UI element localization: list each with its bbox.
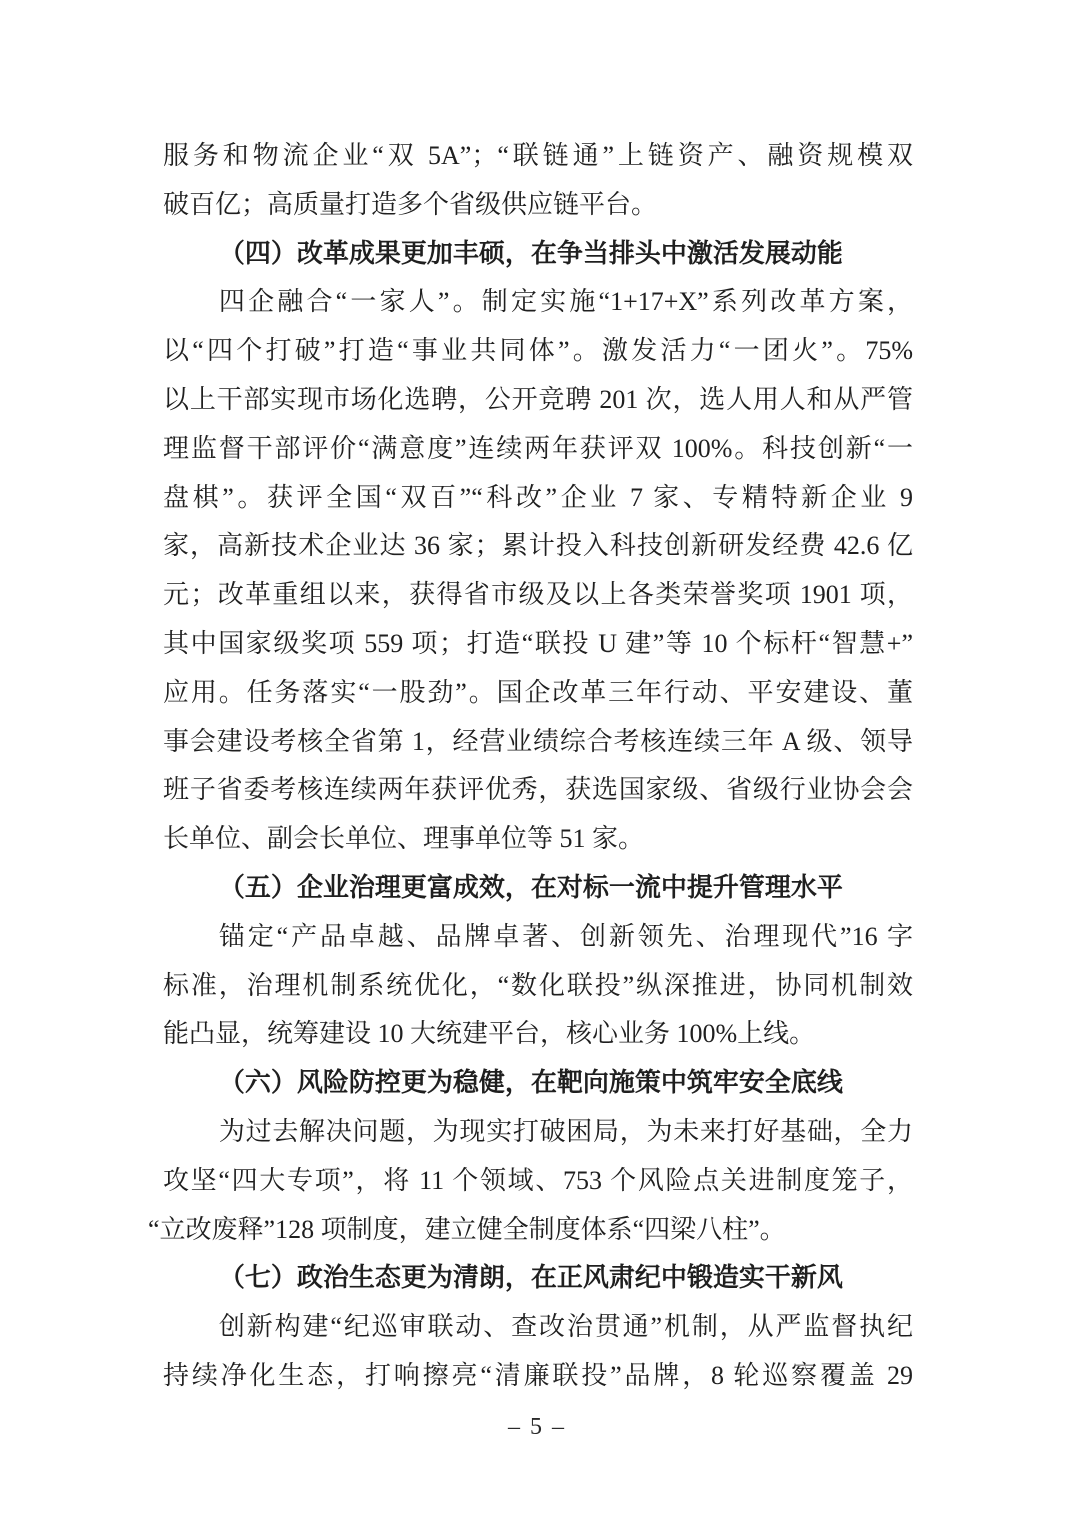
body-text-line: 锚定“产品卓越、品牌卓著、创新领先、治理现代”16 字 — [163, 913, 913, 962]
body-text-line: “立改废释”128 项制度，建立健全制度体系“四梁八柱”。 — [148, 1206, 913, 1255]
body-text-line: 破百亿；高质量打造多个省级供应链平台。 — [163, 181, 913, 230]
section-heading: （六）风险防控更为稳健，在靶向施策中筑牢安全底线 — [163, 1059, 913, 1108]
section-heading: （四）改革成果更加丰硕，在争当排头中激活发展动能 — [163, 230, 913, 279]
body-text-line: 长单位、副会长单位、理事单位等 51 家。 — [163, 815, 913, 864]
body-text-line: 事会建设考核全省第 1，经营业绩综合考核连续三年 A 级、领导 — [163, 718, 913, 767]
body-text-line: 能凸显，统筹建设 10 大统建平台，核心业务 100%上线。 — [163, 1010, 913, 1059]
page-number: – 5 – — [0, 1410, 1074, 1444]
body-text-line: 班子省委考核连续两年获评优秀，获选国家级、省级行业协会会 — [163, 766, 913, 815]
body-text-line: 元；改革重组以来，获得省市级及以上各类荣誉奖项 1901 项， — [163, 571, 913, 620]
body-text-line: 标准，治理机制系统优化，“数化联投”纵深推进，协同机制效 — [163, 962, 913, 1011]
body-text-line: 为过去解决问题，为现实打破困局，为未来打好基础，全力 — [163, 1108, 913, 1157]
body-text-line: 创新构建“纪巡审联动、查改治贯通”机制，从严监督执纪 — [163, 1303, 913, 1352]
document-body: 服务和物流企业“双 5A”；“联链通”上链资产、融资规模双破百亿；高质量打造多个… — [163, 132, 913, 1401]
section-heading: （七）政治生态更为清朗，在正风肃纪中锻造实干新风 — [163, 1254, 913, 1303]
body-text-line: 持续净化生态，打响擦亮“清廉联投”品牌，8 轮巡察覆盖 29 — [163, 1352, 913, 1401]
body-text-line: 盘棋”。获评全国“双百”“科改”企业 7 家、专精特新企业 9 — [163, 474, 913, 523]
body-text-line: 以“四个打破”打造“事业共同体”。激发活力“一团火”。75% — [163, 327, 913, 376]
body-text-line: 以上干部实现市场化选聘，公开竞聘 201 次，选人用人和从严管 — [163, 376, 913, 425]
section-heading: （五）企业治理更富成效，在对标一流中提升管理水平 — [163, 864, 913, 913]
body-text-line: 理监督干部评价“满意度”连续两年获评双 100%。科技创新“一 — [163, 425, 913, 474]
body-text-line: 其中国家级奖项 559 项；打造“联投 U 建”等 10 个标杆“智慧+” — [163, 620, 913, 669]
body-text-line: 攻坚“四大专项”，将 11 个领域、753 个风险点关进制度笼子， — [163, 1157, 913, 1206]
body-text-line: 服务和物流企业“双 5A”；“联链通”上链资产、融资规模双 — [163, 132, 913, 181]
body-text-line: 应用。任务落实“一股劲”。国企改革三年行动、平安建设、董 — [163, 669, 913, 718]
body-text-line: 四企融合“一家人”。制定实施“1+17+X”系列改革方案， — [163, 278, 913, 327]
body-text-line: 家，高新技术企业达 36 家；累计投入科技创新研发经费 42.6 亿 — [163, 522, 913, 571]
document-page: 服务和物流企业“双 5A”；“联链通”上链资产、融资规模双破百亿；高质量打造多个… — [0, 0, 1074, 1520]
